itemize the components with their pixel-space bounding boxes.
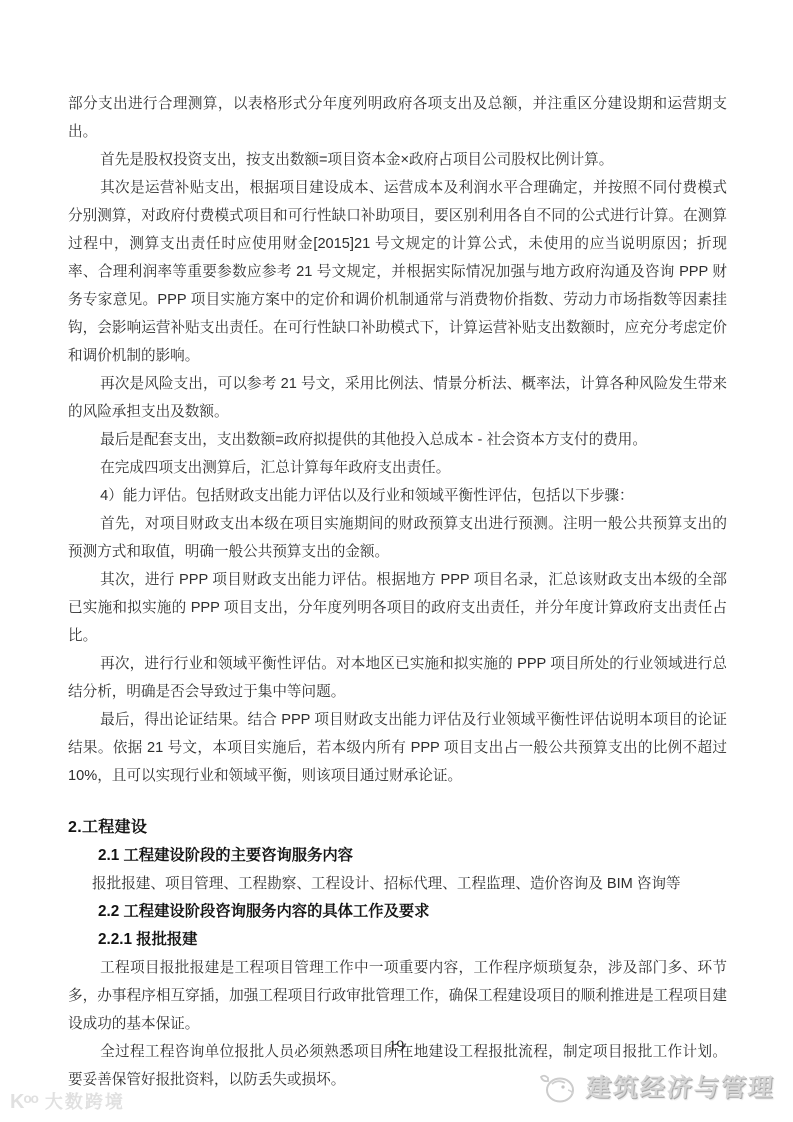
section-heading: 2.工程建设 — [68, 814, 727, 842]
paragraph: 最后是配套支出，支出数额=政府拟提供的其他投入总成本 - 社会资本方支付的费用。 — [68, 426, 727, 454]
paragraph: 部分支出进行合理测算，以表格形式分年度列明政府各项支出及总额，并注重区分建设期和… — [68, 90, 727, 146]
page-number: 19 — [0, 1038, 793, 1056]
brand-watermark-text: 建筑经济与管理 — [585, 1068, 777, 1104]
watermark-bottom-left: Kᵒᵒ 大数跨境 — [10, 1088, 125, 1114]
brand-watermark: 建筑经济与管理 — [538, 1068, 775, 1104]
paragraph: 再次是风险支出，可以参考 21 号文，采用比例法、情景分析法、概率法，计算各种风… — [68, 370, 727, 426]
paragraph: 最后，得出论证结果。结合 PPP 项目财政支出能力评估及行业领域平衡性评估说明本… — [68, 706, 727, 790]
koo-logo-icon: Kᵒᵒ — [10, 1091, 38, 1114]
bird-in-circle-icon — [538, 1068, 578, 1104]
paragraph: 首先是股权投资支出，按支出数额=项目资本金×政府占项目公司股权比例计算。 — [68, 146, 727, 174]
subsubsection-heading: 2.2.1 报批报建 — [98, 926, 727, 954]
paragraph: 首先，对项目财政支出本级在项目实施期间的财政预算支出进行预测。注明一般公共预算支… — [68, 510, 727, 566]
subsection-heading: 2.1 工程建设阶段的主要咨询服务内容 — [98, 842, 727, 870]
paragraph: 4）能力评估。包括财政支出能力评估以及行业和领域平衡性评估，包括以下步骤： — [68, 482, 727, 510]
paragraph: 再次，进行行业和领域平衡性评估。对本地区已实施和拟实施的 PPP 项目所处的行业… — [68, 650, 727, 706]
services-list-line: 报批报建、项目管理、工程勘察、工程设计、招标代理、工程监理、造价咨询及 BIM … — [92, 870, 727, 898]
paragraph: 工程项目报批报建是工程项目管理工作中一项重要内容，工作程序烦琐复杂，涉及部门多、… — [68, 954, 727, 1038]
paragraph: 在完成四项支出测算后，汇总计算每年政府支出责任。 — [68, 454, 727, 482]
watermark-bottom-left-text: 大数跨境 — [45, 1088, 125, 1114]
document-page: 部分支出进行合理测算，以表格形式分年度列明政府各项支出及总额，并注重区分建设期和… — [0, 0, 793, 1122]
paragraph: 其次是运营补贴支出，根据项目建设成本、运营成本及利润水平合理确定，并按照不同付费… — [68, 174, 727, 370]
document-body: 部分支出进行合理测算，以表格形式分年度列明政府各项支出及总额，并注重区分建设期和… — [68, 90, 727, 1094]
subsection-heading: 2.2 工程建设阶段咨询服务内容的具体工作及要求 — [98, 898, 727, 926]
paragraph: 其次，进行 PPP 项目财政支出能力评估。根据地方 PPP 项目名录，汇总该财政… — [68, 566, 727, 650]
